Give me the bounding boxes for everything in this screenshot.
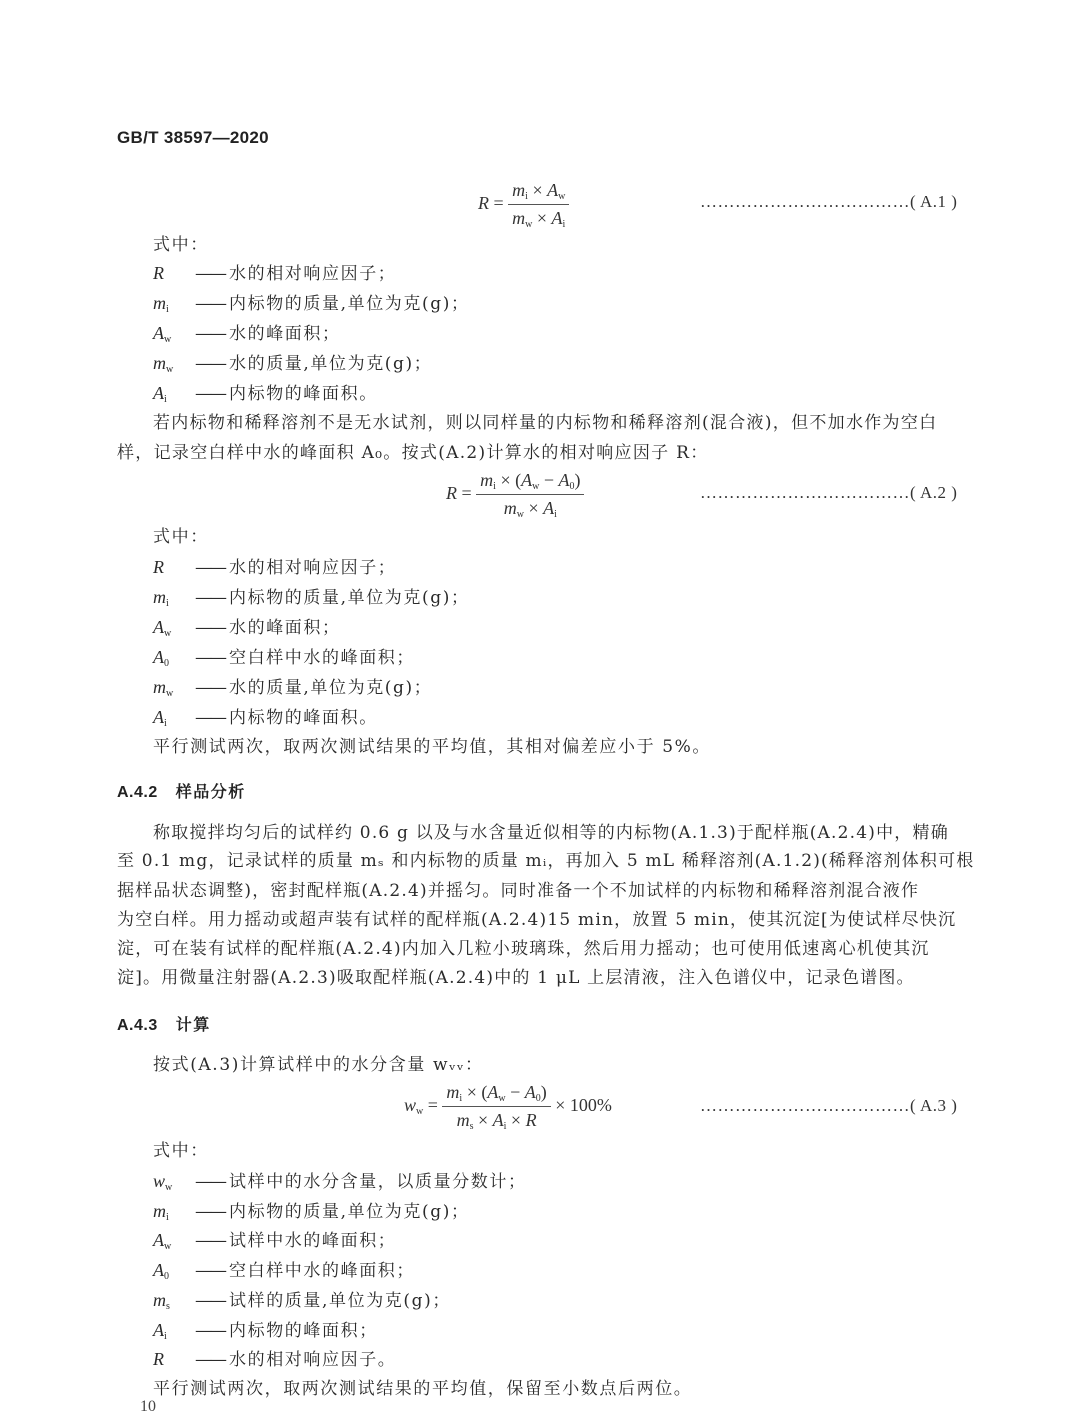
page-number: 10 <box>140 1398 156 1416</box>
a42-line-4: 为空白样。用力摇动或超声装有试样的配样瓶(A.2.4)15 min，放置 5 m… <box>117 909 956 931</box>
a43-intro: 按式(A.3)计算试样中的水分含量 wᵥᵥ： <box>153 1054 484 1076</box>
legend-item-a3-ai: Ai——内标物的峰面积； <box>153 1319 378 1348</box>
legend-item-a1-mw: mw——水的质量,单位为克(g)； <box>153 352 432 381</box>
a42-line-5: 淀，可在装有试样的配样瓶(A.2.4)内加入几粒小玻璃珠，然后用力摇动；也可使用… <box>117 938 930 960</box>
legend-item-a2-r: R——水的相对响应因子； <box>153 556 396 579</box>
leader-dots: ……………………………… <box>700 192 910 211</box>
formula-a2-denominator: mw × Ai <box>476 495 584 520</box>
equation-number-a2: ………………………………( A.2 ) <box>700 483 957 503</box>
where-label-a1: 式中： <box>153 234 209 256</box>
note-a3: 平行测试两次，取两次测试结果的平均值，保留至小数点后两位。 <box>153 1378 692 1400</box>
legend-item-a1-mi: mi——内标物的质量,单位为克(g)； <box>153 292 470 321</box>
legend-item-a1-r: R——水的相对响应因子； <box>153 262 396 285</box>
legend-item-a3-ms: ms——试样的质量,单位为克(g)； <box>153 1289 451 1318</box>
formula-a2-fraction: mi × (Aw − A0) mw × Ai <box>476 470 584 520</box>
equation-number-a3: ………………………………( A.3 ) <box>700 1096 957 1116</box>
section-heading-a42: A.4.2样品分析 <box>117 779 246 802</box>
legend-item-a2-aw: Aw——水的峰面积； <box>153 616 341 645</box>
formula-a1-denominator: mw × Ai <box>508 205 569 230</box>
formula-a2: R = mi × (Aw − A0) mw × Ai <box>446 470 584 520</box>
formula-a1-fraction: mi × Aw mw × Ai <box>508 180 569 230</box>
where-label-a2: 式中： <box>153 526 209 548</box>
section-heading-a43: A.4.3计算 <box>117 1012 211 1035</box>
formula-a2-numerator: mi × (Aw − A0) <box>476 470 584 495</box>
formula-a1-numerator: mi × Aw <box>508 180 569 205</box>
legend-item-a2-ai: Ai——内标物的峰面积。 <box>153 706 378 735</box>
legend-item-a3-a0: A0——空白样中水的峰面积； <box>153 1259 415 1288</box>
a42-line-6: 淀]。用微量注射器(A.2.3)吸取配样瓶(A.2.4)中的 1 μL 上层清液… <box>117 967 915 989</box>
legend-item-a3-mi: mi——内标物的质量,单位为克(g)； <box>153 1200 470 1229</box>
legend-item-a3-ww: ww——试样中的水分含量，以质量分数计； <box>153 1170 527 1199</box>
where-label-a3: 式中： <box>153 1140 209 1162</box>
standard-code: GB/T 38597—2020 <box>117 128 269 148</box>
a42-line-1: 称取搅拌均匀后的试样约 0.6 g 以及与水含量近似相等的内标物(A.1.3)于… <box>153 822 949 844</box>
legend-item-a2-mi: mi——内标物的质量,单位为克(g)； <box>153 586 470 615</box>
legend-item-a3-r: R——水的相对响应因子。 <box>153 1348 396 1371</box>
note-a2: 平行测试两次，取两次测试结果的平均值，其相对偏差应小于 5%。 <box>153 736 711 758</box>
legend-item-a3-aw: Aw——试样中水的峰面积； <box>153 1229 396 1258</box>
formula-a3-numerator: mi × (Aw − A0) <box>442 1082 550 1107</box>
legend-item-a2-mw: mw——水的质量,单位为克(g)； <box>153 676 432 705</box>
formula-a3: ww = mi × (Aw − A0) ms × Ai × R × 100% <box>404 1082 612 1132</box>
equation-number-a1: ………………………………( A.1 ) <box>700 192 957 212</box>
equation-label: ( A.1 ) <box>910 192 957 211</box>
formula-a3-denominator: ms × Ai × R <box>442 1107 550 1132</box>
paragraph-blank-line2: 样，记录空白样中水的峰面积 A₀。按式(A.2)计算水的相对响应因子 R： <box>117 442 709 464</box>
legend-item-a2-a0: A0——空白样中水的峰面积； <box>153 646 415 675</box>
legend-item-a1-aw: Aw——水的峰面积； <box>153 322 341 351</box>
legend-item-a1-ai: Ai——内标物的峰面积。 <box>153 382 378 411</box>
formula-a3-multiplier: × 100% <box>555 1095 612 1115</box>
formula-a1: R = mi × Aw mw × Ai <box>478 180 569 230</box>
a42-line-3: 据样品状态调整)，密封配样瓶(A.2.4)并摇匀。同时准备一个不加试样的内标物和… <box>117 880 919 902</box>
formula-a3-fraction: mi × (Aw − A0) ms × Ai × R <box>442 1082 550 1132</box>
paragraph-blank-line1: 若内标物和稀释溶剂不是无水试剂，则以同样量的内标物和稀释溶剂(混合液)，但不加水… <box>153 412 937 434</box>
a42-line-2: 至 0.1 mg，记录试样的质量 mₛ 和内标物的质量 mᵢ，再加入 5 mL … <box>117 850 975 872</box>
formula-a1-lhs: R <box>478 193 489 213</box>
